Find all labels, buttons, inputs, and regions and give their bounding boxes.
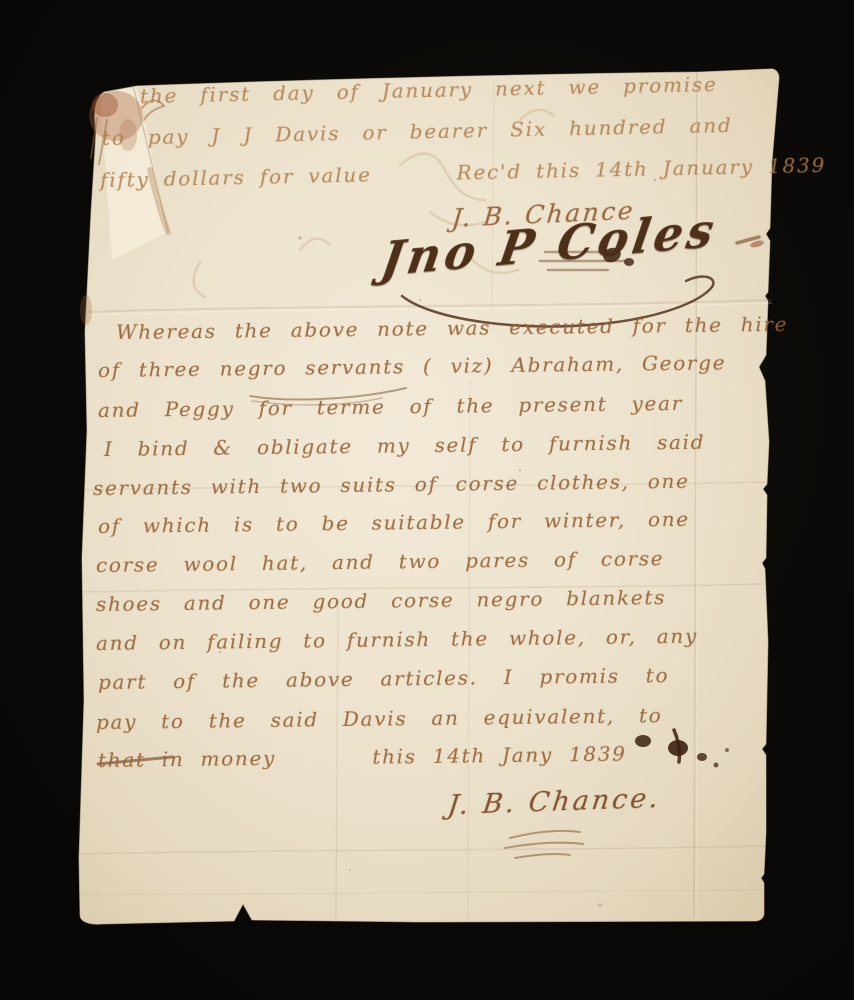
photo-stage: the first day of January next we promise… [0,0,854,1000]
paper-outline [79,69,779,924]
paper-sheet [0,0,854,1000]
